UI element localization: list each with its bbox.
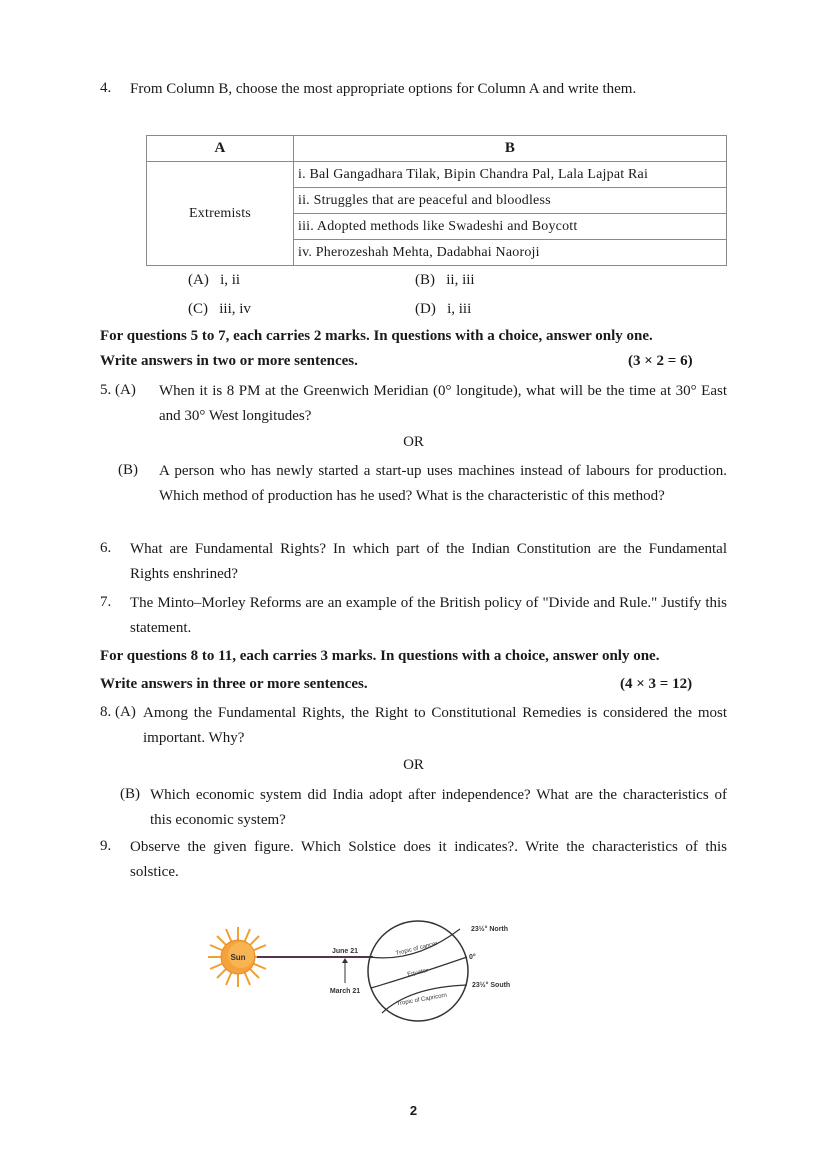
option-d: (D) i, iii — [415, 301, 471, 318]
section-3-instruction-2: Write answers in three or more sentences… — [100, 676, 368, 693]
column-b-cell: iii. Adopted methods like Swadeshi and B… — [294, 214, 727, 240]
question-7-text: The Minto–Morley Reforms are an example … — [130, 591, 727, 641]
table-row: Extremists i. Bal Gangadhara Tilak, Bipi… — [147, 162, 727, 188]
option-c: (C) iii, iv — [188, 301, 251, 318]
svg-text:Tropic of Capricorn: Tropic of Capricorn — [396, 993, 447, 1008]
column-b-header: B — [294, 136, 727, 162]
table-header-row: A B — [147, 136, 727, 162]
svg-text:Tropic of cancer: Tropic of cancer — [395, 941, 438, 957]
section-3-instruction: For questions 8 to 11, each carries 3 ma… — [100, 648, 727, 665]
option-a: (A) i, ii — [188, 272, 240, 289]
svg-text:23½° South: 23½° South — [472, 981, 510, 989]
question-5-number: 5. (A) — [100, 382, 136, 399]
or-divider: OR — [0, 434, 827, 451]
column-b-cell: ii. Struggles that are peaceful and bloo… — [294, 188, 727, 214]
svg-text:Sun: Sun — [230, 953, 245, 962]
question-4-number: 4. — [100, 80, 111, 97]
column-b-cell: iv. Pherozeshah Mehta, Dadabhai Naoroji — [294, 240, 727, 266]
column-b-cell: i. Bal Gangadhara Tilak, Bipin Chandra P… — [294, 162, 727, 188]
svg-text:March 21: March 21 — [330, 988, 360, 995]
option-value: i, iii — [447, 301, 471, 317]
or-divider: OR — [0, 757, 827, 774]
question-8b-text: Which economic system did India adopt af… — [150, 783, 727, 833]
question-5b-label: (B) — [118, 462, 138, 479]
option-label: (D) — [415, 301, 436, 317]
question-8a-text: Among the Fundamental Rights, the Right … — [143, 701, 727, 751]
option-b: (B) ii, iii — [415, 272, 475, 289]
section-3-marks: (4 × 3 = 12) — [620, 676, 692, 693]
option-value: i, ii — [220, 272, 240, 288]
question-7-number: 7. — [100, 594, 111, 611]
section-2-instruction-2: Write answers in two or more sentences. — [100, 353, 358, 370]
section-2-instruction: For questions 5 to 7, each carries 2 mar… — [100, 328, 727, 345]
question-5b-text: A person who has newly started a start-u… — [159, 459, 727, 509]
option-label: (C) — [188, 301, 208, 317]
section-2-marks: (3 × 2 = 6) — [628, 353, 693, 370]
option-value: ii, iii — [446, 272, 474, 288]
matching-table: A B Extremists i. Bal Gangadhara Tilak, … — [146, 135, 727, 266]
question-8b-label: (B) — [120, 786, 140, 803]
option-label: (B) — [415, 272, 435, 288]
question-6-number: 6. — [100, 540, 111, 557]
svg-text:23½° North: 23½° North — [471, 925, 508, 933]
option-value: iii, iv — [219, 301, 251, 317]
column-a-cell: Extremists — [147, 162, 294, 266]
solstice-figure: Sun June 21 March 21 Tropic of cancer Eq… — [205, 905, 545, 1040]
question-6-text: What are Fundamental Rights? In which pa… — [130, 537, 727, 587]
page-number: 2 — [0, 1103, 827, 1118]
question-5a-text: When it is 8 PM at the Greenwich Meridia… — [159, 379, 727, 429]
question-9-number: 9. — [100, 838, 111, 855]
svg-text:0°: 0° — [469, 953, 476, 961]
svg-text:Equator: Equator — [407, 968, 429, 978]
svg-text:June 21: June 21 — [332, 948, 358, 955]
question-9-text: Observe the given figure. Which Solstice… — [130, 835, 727, 885]
question-8-number: 8. (A) — [100, 704, 136, 721]
question-4-text: From Column B, choose the most appropria… — [130, 77, 727, 102]
option-label: (A) — [188, 272, 209, 288]
column-a-header: A — [147, 136, 294, 162]
